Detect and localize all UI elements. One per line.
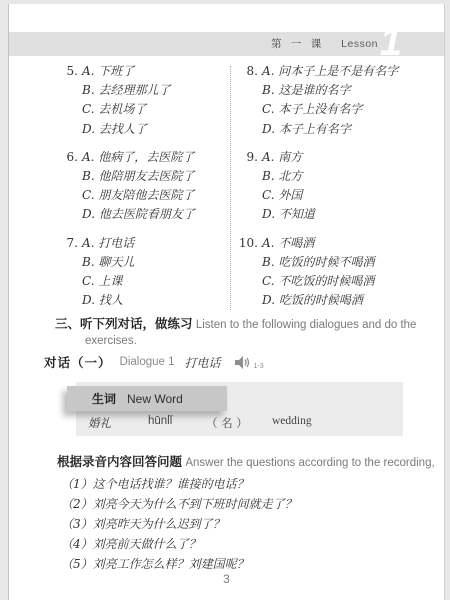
mc-column-left: 5.A. 下班了 B. 去经理那儿了 C. 去机场了 D. 去找人了 6.A. … (9, 62, 230, 319)
questions-list: （1）这个电话找谁？谁接的电话？ （2）刘亮今天为什么不到下班时间就走了？ （3… (61, 474, 431, 574)
mc-question-5: 5.A. 下班了 B. 去经理那儿了 C. 去机场了 D. 去找人了 (53, 62, 230, 139)
option: B. 他陪朋友去医院了 (82, 167, 194, 186)
option: D. 他去医院看朋友了 (82, 205, 195, 224)
section-heading-cn: 三、听下列对话，做练习 (55, 317, 193, 331)
dialogue-title: 打电话 (185, 354, 221, 371)
lesson-header: 第 一 课 Lesson (271, 32, 378, 56)
option: C. 本子上没有名字 (262, 100, 362, 119)
option: B. 吃饭的时候不喝酒 (262, 253, 374, 272)
option: C. 上课 (82, 272, 122, 291)
new-word-pos: （ 名 ） (206, 415, 272, 431)
option: D. 去找人了 (82, 120, 147, 139)
dialogue-heading: 对话（一） Dialogue 1 打电话 1-3 (44, 352, 424, 372)
question-item: （2）刘亮今天为什么不到下班时间就走了？ (61, 494, 431, 514)
mc-question-10: 10.A. 不喝酒 B. 吃饭的时候不喝酒 C. 不吃饭的时候喝酒 D. 吃饭的… (233, 234, 444, 311)
mc-question-6: 6.A. 他病了，去医院了 B. 他陪朋友去医院了 C. 朋友陪他去医院了 D.… (53, 148, 230, 225)
option: B. 这是谁的名字 (262, 81, 350, 100)
option: B. 北方 (262, 167, 302, 186)
page-number: 3 (9, 572, 444, 586)
lesson-header-band: 第 一 课 Lesson 1 (9, 32, 444, 56)
mc-question-9: 9.A. 南方 B. 北方 C. 外国 D. 不知道 (233, 148, 444, 225)
question-number: 10. (233, 234, 258, 253)
questions-heading-en: Answer the questions according to the re… (185, 457, 434, 469)
question-item: （4）刘亮前天做什么了？ (61, 534, 431, 554)
question-item: （5）刘亮工作怎么样？刘建国呢？ (61, 554, 431, 574)
option: C. 外国 (262, 186, 302, 205)
new-word-tab: 生词 New Word (67, 386, 227, 411)
question-number: 6. (53, 148, 78, 167)
option: B. 聊天儿 (82, 253, 134, 272)
option: D. 不知道 (262, 205, 315, 224)
option: D. 找人 (82, 291, 123, 310)
lesson-number: 1 (380, 22, 402, 62)
new-word-tab-en: New Word (127, 392, 183, 406)
option: C. 不吃饭的时候喝酒 (262, 272, 374, 291)
option: A. 打电话 (82, 234, 134, 253)
option: A. 他病了，去医院了 (82, 148, 194, 167)
option: A. 下班了 (82, 62, 134, 81)
new-word-entry: 婚礼 hūnlǐ （ 名 ） wedding (88, 415, 388, 431)
section-three-heading: 三、听下列对话，做练习 Listen to the following dial… (55, 316, 425, 349)
speaker-icon (235, 355, 252, 370)
option: C. 朋友陪他去医院了 (82, 186, 194, 205)
mc-column-right: 8.A. 问本子上是不是有名字 B. 这是谁的名字 C. 本子上没有名字 D. … (231, 62, 444, 319)
question-item: （3）刘亮昨天为什么迟到了？ (61, 514, 431, 534)
option: D. 吃饭的时候喝酒 (262, 291, 363, 310)
new-word-pinyin: hūnlǐ (148, 415, 206, 431)
book-page: 第 一 课 Lesson 1 5.A. 下班了 B. 去经理那儿了 C. 去机场… (8, 4, 445, 600)
option: A. 南方 (262, 148, 302, 167)
question-item: （1）这个电话找谁？谁接的电话？ (61, 474, 431, 494)
dialogue-label-en: Dialogue 1 (120, 356, 175, 368)
dialogue-label-cn: 对话（一） (44, 353, 112, 371)
multiple-choice-section: 5.A. 下班了 B. 去经理那儿了 C. 去机场了 D. 去找人了 6.A. … (9, 62, 444, 319)
mc-question-8: 8.A. 问本子上是不是有名字 B. 这是谁的名字 C. 本子上没有名字 D. … (233, 62, 444, 139)
option: B. 去经理那儿了 (82, 81, 170, 100)
question-number: 9. (233, 148, 258, 167)
option: D. 本子上有名字 (262, 120, 351, 139)
question-number: 5. (53, 62, 78, 81)
audio-indicator: 1-3 (235, 355, 264, 370)
lesson-title-cn: 第 一 课 (271, 38, 324, 50)
new-word-box: 生词 New Word 婚礼 hūnlǐ （ 名 ） wedding (76, 382, 403, 436)
mc-question-7: 7.A. 打电话 B. 聊天儿 C. 上课 D. 找人 (53, 234, 230, 311)
option: A. 不喝酒 (262, 234, 314, 253)
section-heading-en-cont: exercises. (85, 333, 425, 349)
new-word-meaning: wedding (272, 415, 312, 431)
option: A. 问本子上是不是有名字 (262, 62, 398, 81)
audio-track-label: 1-3 (254, 363, 264, 370)
option: C. 去机场了 (82, 100, 146, 119)
section-heading-en: Listen to the following dialogues and do… (196, 319, 417, 331)
lesson-title-en: Lesson (341, 38, 378, 50)
question-number: 7. (53, 234, 78, 253)
question-number: 8. (233, 62, 258, 81)
new-word-hanzi: 婚礼 (88, 415, 148, 431)
questions-heading: 根据录音内容回答问题 Answer the questions accordin… (57, 452, 437, 470)
new-word-tab-cn: 生词 (92, 390, 116, 407)
questions-heading-cn: 根据录音内容回答问题 (57, 455, 182, 469)
